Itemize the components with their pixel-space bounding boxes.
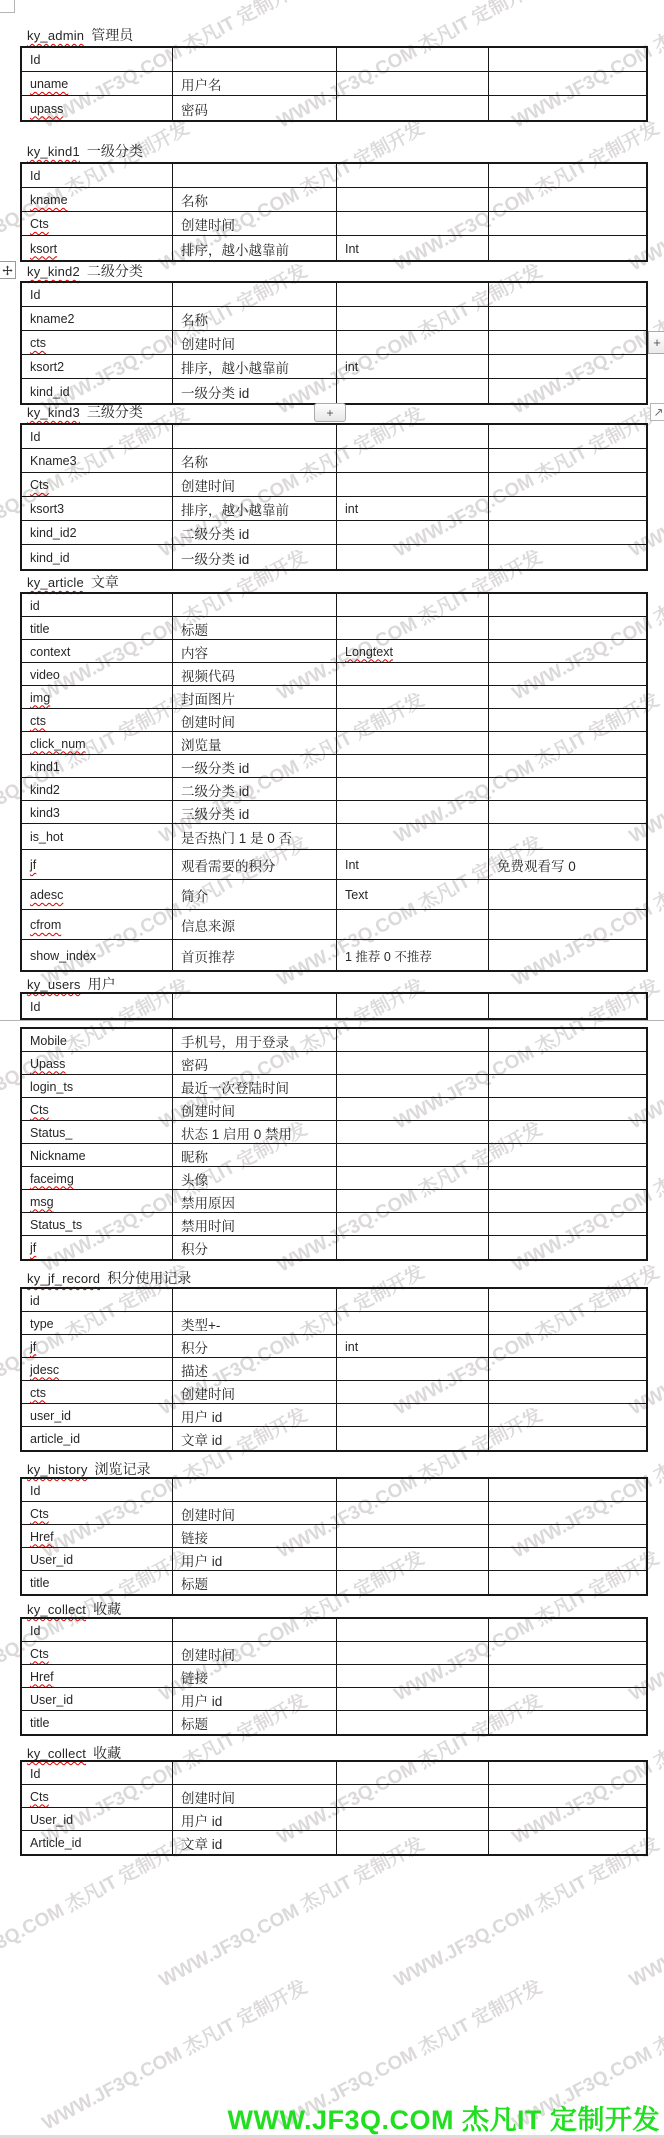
cell-note[interactable] [489, 1052, 646, 1074]
cell-desc[interactable]: 标题 [173, 1571, 337, 1594]
cell-note[interactable] [489, 686, 646, 708]
cell-field[interactable]: kind1 [22, 755, 173, 777]
cell-type[interactable] [337, 994, 489, 1018]
cell-type[interactable] [337, 1052, 489, 1074]
cell-type[interactable] [337, 473, 489, 496]
cell-type[interactable] [337, 449, 489, 472]
cell-field[interactable]: Cts [22, 1098, 173, 1120]
cell-type[interactable] [337, 1642, 489, 1664]
cell-field-text: title [30, 1576, 49, 1590]
table-code-label: ky_jf_record [27, 1271, 100, 1286]
table-row: Cts创建时间 [22, 1642, 646, 1665]
cell-field-text: Nickname [30, 1149, 86, 1163]
cell-type[interactable] [337, 1427, 489, 1450]
cell-desc[interactable]: 状态 1 启用 0 禁用 [173, 1121, 337, 1143]
cell-field-text: article_id [30, 1432, 80, 1446]
cell-field[interactable]: type [22, 1312, 173, 1334]
cell-field[interactable]: Id [22, 1479, 173, 1501]
cell-note[interactable] [489, 1335, 646, 1357]
cell-desc-text: 头像 [181, 1169, 208, 1189]
cell-field[interactable]: user_id [22, 1404, 173, 1426]
cell-note[interactable] [489, 521, 646, 544]
cell-desc[interactable]: 密码 [173, 96, 337, 120]
cell-type[interactable]: int [337, 497, 489, 520]
cell-desc[interactable]: 观看需要的积分 [173, 850, 337, 879]
cell-type[interactable] [337, 617, 489, 639]
cell-desc[interactable]: 创建时间 [173, 709, 337, 731]
cell-desc[interactable] [173, 1289, 337, 1311]
cell-desc[interactable]: 昵称 [173, 1144, 337, 1166]
cell-type[interactable] [337, 663, 489, 685]
cell-note[interactable] [489, 1098, 646, 1120]
table-title-ky_kind1: ky_kind1一级分类 [27, 141, 143, 161]
cell-note[interactable] [489, 545, 646, 569]
cell-desc[interactable]: 文章 id [173, 1427, 337, 1450]
cell-note[interactable] [489, 1502, 646, 1524]
cell-field[interactable]: kind_id [22, 379, 173, 403]
cell-note[interactable] [489, 236, 646, 260]
cell-desc[interactable] [173, 48, 337, 71]
cell-type[interactable] [337, 1619, 489, 1641]
cell-note[interactable] [489, 1688, 646, 1710]
cell-desc[interactable]: 手机号，用于登录 [173, 1029, 337, 1051]
cell-desc[interactable]: 名称 [173, 188, 337, 211]
cell-note[interactable] [489, 1525, 646, 1547]
cell-note[interactable] [489, 48, 646, 71]
cell-desc[interactable]: 标题 [173, 617, 337, 639]
cell-field[interactable]: Cts [22, 1642, 173, 1664]
cell-type[interactable] [337, 545, 489, 569]
cell-note[interactable] [489, 1167, 646, 1189]
cell-field[interactable]: uname [22, 72, 173, 95]
cell-type[interactable] [337, 778, 489, 800]
cell-field[interactable]: video [22, 663, 173, 685]
cell-type[interactable] [337, 1358, 489, 1380]
cell-desc[interactable]: 头像 [173, 1167, 337, 1189]
cell-field[interactable]: adesc [22, 880, 173, 909]
cell-type[interactable] [337, 307, 489, 330]
cell-desc[interactable]: 三级分类 id [173, 801, 337, 823]
cell-note[interactable] [489, 801, 646, 823]
cell-field[interactable]: context [22, 640, 173, 662]
cell-field[interactable]: Href [22, 1665, 173, 1687]
cell-type[interactable]: Text [337, 880, 489, 909]
cell-field[interactable]: Cts [22, 212, 173, 235]
cell-note[interactable] [489, 497, 646, 520]
cell-note[interactable] [489, 709, 646, 731]
cell-field[interactable]: kname2 [22, 307, 173, 330]
cell-field[interactable]: Id [22, 283, 173, 306]
cell-desc[interactable] [173, 283, 337, 306]
cell-note[interactable] [489, 188, 646, 211]
cell-field[interactable]: cts [22, 331, 173, 354]
cell-field[interactable]: Article_id [22, 1831, 173, 1854]
cell-type[interactable]: Int [337, 236, 489, 260]
cell-type[interactable] [337, 1808, 489, 1830]
cell-desc[interactable] [173, 1762, 337, 1784]
cell-field[interactable]: Href [22, 1525, 173, 1547]
cell-type[interactable] [337, 1167, 489, 1189]
cell-note[interactable] [489, 994, 646, 1018]
cell-field[interactable]: msg [22, 1190, 173, 1212]
cell-field[interactable]: id [22, 1289, 173, 1311]
cell-type[interactable] [337, 1213, 489, 1235]
cell-desc[interactable]: 用户 id [173, 1688, 337, 1710]
cell-type[interactable] [337, 755, 489, 777]
cell-desc[interactable]: 禁用时间 [173, 1213, 337, 1235]
cell-note[interactable] [489, 1785, 646, 1807]
cell-desc[interactable]: 一级分类 id [173, 755, 337, 777]
cell-type[interactable] [337, 709, 489, 731]
cell-note[interactable] [489, 1404, 646, 1426]
cell-note[interactable] [489, 331, 646, 354]
table-code-label: ky_collect [27, 1602, 86, 1617]
cell-desc[interactable] [173, 164, 337, 187]
cell-desc[interactable]: 二级分类 id [173, 521, 337, 544]
cell-desc[interactable]: 创建时间 [173, 212, 337, 235]
cell-note[interactable] [489, 1190, 646, 1212]
cell-type[interactable]: Int [337, 850, 489, 879]
cell-note[interactable] [489, 96, 646, 120]
cell-type[interactable] [337, 1029, 489, 1051]
cell-note[interactable] [489, 1808, 646, 1830]
cell-type[interactable]: int [337, 355, 489, 378]
cell-desc[interactable] [173, 994, 337, 1018]
cell-desc[interactable] [173, 1619, 337, 1641]
cell-desc[interactable]: 视频代码 [173, 663, 337, 685]
cell-field[interactable]: Id [22, 164, 173, 187]
cell-note[interactable] [489, 1665, 646, 1687]
cell-desc-text: 密码 [181, 99, 208, 119]
cell-type[interactable] [337, 1502, 489, 1524]
cell-note[interactable] [489, 449, 646, 472]
table-ky_users-continued: Mobile手机号，用于登录Upass密码login_ts最近一次登陆时间Cts… [20, 1027, 648, 1261]
cell-field[interactable]: Id [22, 1619, 173, 1641]
cell-desc[interactable]: 最近一次登陆时间 [173, 1075, 337, 1097]
cell-type[interactable] [337, 96, 489, 120]
cell-field[interactable]: cfrom [22, 910, 173, 939]
cell-desc[interactable]: 创建时间 [173, 1381, 337, 1403]
cell-note[interactable] [489, 824, 646, 849]
cell-desc[interactable]: 禁用原因 [173, 1190, 337, 1212]
cell-note[interactable] [489, 1762, 646, 1784]
cell-desc[interactable] [173, 594, 337, 616]
cell-desc[interactable]: 排序，越小越靠前 [173, 497, 337, 520]
cell-note[interactable] [489, 379, 646, 403]
cell-field[interactable]: kname [22, 188, 173, 211]
cell-field[interactable]: ksort3 [22, 497, 173, 520]
cell-note[interactable] [489, 880, 646, 909]
cell-field[interactable]: upass [22, 96, 173, 120]
cell-desc[interactable]: 首页推荐 [173, 940, 337, 970]
cell-type[interactable] [337, 1121, 489, 1143]
cell-type[interactable] [337, 1236, 489, 1259]
cell-type[interactable]: int [337, 1335, 489, 1357]
cell-desc[interactable]: 是否热门 1 是 0 否 [173, 824, 337, 849]
cell-note[interactable] [489, 778, 646, 800]
cell-type[interactable] [337, 594, 489, 616]
cell-field[interactable]: img [22, 686, 173, 708]
cell-desc[interactable]: 类型+- [173, 1312, 337, 1334]
cell-type[interactable] [337, 1548, 489, 1570]
cell-type[interactable] [337, 1711, 489, 1734]
cell-note[interactable] [489, 1289, 646, 1311]
cell-field[interactable]: login_ts [22, 1075, 173, 1097]
cell-field[interactable]: title [22, 617, 173, 639]
cell-desc-text: 首页推荐 [181, 946, 235, 966]
cell-note[interactable] [489, 72, 646, 95]
cell-note[interactable] [489, 1236, 646, 1259]
cell-type[interactable] [337, 1762, 489, 1784]
cell-field[interactable]: cts [22, 709, 173, 731]
cell-note[interactable] [489, 1831, 646, 1854]
table-resize-handle-icon[interactable] [650, 403, 664, 421]
cell-field[interactable]: kind_id [22, 545, 173, 569]
table-row: ksort2排序，越小越靠前int [22, 355, 646, 379]
cell-note[interactable] [489, 640, 646, 662]
cell-note[interactable] [489, 1619, 646, 1641]
cell-field[interactable]: click_num [22, 732, 173, 754]
cell-note[interactable] [489, 355, 646, 378]
cell-type[interactable] [337, 331, 489, 354]
cell-field[interactable]: Kname3 [22, 449, 173, 472]
cell-note[interactable] [489, 755, 646, 777]
cell-field[interactable]: Cts [22, 1785, 173, 1807]
cell-note[interactable] [489, 663, 646, 685]
cell-type[interactable] [337, 212, 489, 235]
table-row: kname2名称 [22, 307, 646, 331]
cell-type[interactable] [337, 521, 489, 544]
cell-note[interactable] [489, 473, 646, 496]
cell-note[interactable] [489, 1213, 646, 1235]
cell-field[interactable]: Status_ts [22, 1213, 173, 1235]
cell-desc[interactable]: 创建时间 [173, 1642, 337, 1664]
cell-note[interactable] [489, 307, 646, 330]
cell-type[interactable] [337, 425, 489, 448]
table-title-ky_kind3: ky_kind3三级分类 [27, 402, 143, 422]
right-edge-plus-button[interactable]: + [648, 331, 664, 354]
cell-field[interactable]: title [22, 1571, 173, 1594]
cell-field[interactable]: Nickname [22, 1144, 173, 1166]
cell-field[interactable]: jf [22, 850, 173, 879]
cell-field[interactable]: User_id [22, 1808, 173, 1830]
cell-note[interactable] [489, 1312, 646, 1334]
cell-desc[interactable]: 一级分类 id [173, 545, 337, 569]
cell-desc[interactable]: 简介 [173, 880, 337, 909]
cell-desc[interactable]: 排序，越小越靠前 [173, 236, 337, 260]
cell-note[interactable] [489, 1427, 646, 1450]
cell-field[interactable]: Cts [22, 473, 173, 496]
table-code-label: ky_kind3 [27, 405, 80, 420]
cell-field[interactable]: jf [22, 1335, 173, 1357]
cell-type[interactable]: 1 推荐 0 不推荐 [337, 940, 489, 970]
cell-field-text: kind2 [30, 783, 60, 797]
cell-field[interactable]: ksort2 [22, 355, 173, 378]
cell-field[interactable]: Status_ [22, 1121, 173, 1143]
cell-type[interactable] [337, 1665, 489, 1687]
cell-desc[interactable]: 二级分类 id [173, 778, 337, 800]
cell-desc[interactable]: 链接 [173, 1665, 337, 1687]
cell-type[interactable] [337, 910, 489, 939]
cell-type[interactable] [337, 686, 489, 708]
cell-type-text: Longtext [345, 645, 393, 659]
cell-desc[interactable]: 封面图片 [173, 686, 337, 708]
cell-type[interactable] [337, 801, 489, 823]
cell-type[interactable] [337, 1289, 489, 1311]
cell-note[interactable] [489, 1075, 646, 1097]
cell-type[interactable] [337, 1075, 489, 1097]
cell-field[interactable]: is_hot [22, 824, 173, 849]
cell-field[interactable]: ksort [22, 236, 173, 260]
cell-desc[interactable]: 创建时间 [173, 473, 337, 496]
cell-note[interactable] [489, 1548, 646, 1570]
cell-field[interactable]: jf [22, 1236, 173, 1259]
cell-desc[interactable]: 文章 id [173, 1831, 337, 1854]
cell-note[interactable] [489, 1381, 646, 1403]
insert-row-plus-button[interactable]: + [314, 403, 346, 422]
cell-type[interactable] [337, 1144, 489, 1166]
cell-desc[interactable]: 创建时间 [173, 1502, 337, 1524]
table-row: Id [22, 1619, 646, 1642]
table-row: kind2二级分类 id [22, 778, 646, 801]
cell-note[interactable] [489, 1144, 646, 1166]
cell-field[interactable]: kind2 [22, 778, 173, 800]
cell-desc[interactable]: 排序，越小越靠前 [173, 355, 337, 378]
cell-field[interactable]: title [22, 1711, 173, 1734]
cell-field[interactable]: kind_id2 [22, 521, 173, 544]
cell-desc[interactable]: 积分 [173, 1236, 337, 1259]
cell-note[interactable] [489, 1479, 646, 1501]
cell-field[interactable]: User_id [22, 1688, 173, 1710]
cell-type[interactable] [337, 1098, 489, 1120]
cell-note[interactable] [489, 1358, 646, 1380]
cell-desc[interactable]: 用户 id [173, 1404, 337, 1426]
cell-note[interactable]: 免费观看写 0 [489, 850, 646, 879]
table-row: img封面图片 [22, 686, 646, 709]
cell-note[interactable] [489, 1571, 646, 1594]
cell-note[interactable] [489, 594, 646, 616]
cell-type[interactable] [337, 188, 489, 211]
cell-desc[interactable]: 名称 [173, 449, 337, 472]
cell-field[interactable]: show_index [22, 940, 173, 970]
cell-type[interactable] [337, 164, 489, 187]
cell-type[interactable]: Longtext [337, 640, 489, 662]
cell-field[interactable]: Id [22, 48, 173, 71]
cell-note[interactable] [489, 1029, 646, 1051]
cell-field-text: cts [30, 336, 46, 350]
cell-field-text: Cts [30, 1103, 49, 1117]
cell-field[interactable]: User_id [22, 1548, 173, 1570]
table-move-handle-icon[interactable] [0, 261, 16, 279]
cell-note[interactable] [489, 1711, 646, 1734]
cell-field[interactable]: Cts [22, 1502, 173, 1524]
cell-desc[interactable]: 用户 id [173, 1548, 337, 1570]
cell-type[interactable] [337, 48, 489, 71]
cell-note[interactable] [489, 212, 646, 235]
cell-desc[interactable]: 标题 [173, 1711, 337, 1734]
footer-watermark: WWW.JF3Q.COM 杰凡IT 定制开发 [228, 2098, 660, 2137]
cell-type[interactable] [337, 1312, 489, 1334]
cell-desc[interactable]: 名称 [173, 307, 337, 330]
cell-note[interactable] [489, 940, 646, 970]
cell-note[interactable] [489, 425, 646, 448]
cell-note[interactable] [489, 1121, 646, 1143]
table-row: ksort3排序，越小越靠前int [22, 497, 646, 521]
cell-field[interactable]: Id [22, 425, 173, 448]
cell-type[interactable] [337, 1190, 489, 1212]
cell-field[interactable]: cts [22, 1381, 173, 1403]
cell-desc[interactable]: 创建时间 [173, 1785, 337, 1807]
cell-field[interactable]: jdesc [22, 1358, 173, 1380]
cell-field[interactable]: kind3 [22, 801, 173, 823]
cell-desc[interactable]: 创建时间 [173, 331, 337, 354]
cell-type[interactable] [337, 732, 489, 754]
cell-desc[interactable]: 描述 [173, 1358, 337, 1380]
cell-type[interactable] [337, 283, 489, 306]
cell-type[interactable] [337, 1404, 489, 1426]
cell-type[interactable] [337, 1688, 489, 1710]
cell-note[interactable] [489, 732, 646, 754]
cell-field[interactable]: Id [22, 994, 173, 1018]
cell-note[interactable] [489, 617, 646, 639]
table-title-ky_admin: ky_admin管理员 [27, 25, 133, 45]
cell-desc[interactable]: 密码 [173, 1052, 337, 1074]
cell-type[interactable] [337, 1571, 489, 1594]
cell-desc[interactable] [173, 1479, 337, 1501]
table-row: Status_状态 1 启用 0 禁用 [22, 1121, 646, 1144]
cell-desc[interactable]: 一级分类 id [173, 379, 337, 403]
cell-desc[interactable] [173, 425, 337, 448]
cell-field[interactable]: article_id [22, 1427, 173, 1450]
cell-field[interactable]: faceimg [22, 1167, 173, 1189]
cell-note[interactable] [489, 164, 646, 187]
cell-desc[interactable]: 创建时间 [173, 1098, 337, 1120]
cell-desc-text: 文章 id [181, 1429, 222, 1449]
cell-note[interactable] [489, 1642, 646, 1664]
cell-type[interactable] [337, 72, 489, 95]
cell-field[interactable]: id [22, 594, 173, 616]
cell-note[interactable] [489, 283, 646, 306]
cell-desc[interactable]: 用户 id [173, 1808, 337, 1830]
cell-desc[interactable]: 浏览量 [173, 732, 337, 754]
cell-desc[interactable]: 用户名 [173, 72, 337, 95]
cell-type[interactable] [337, 1381, 489, 1403]
cell-desc-text: 用户名 [181, 74, 222, 94]
cell-desc[interactable]: 积分 [173, 1335, 337, 1357]
table-name-cn-label: 收藏 [93, 1745, 121, 1761]
cell-field[interactable]: Upass [22, 1052, 173, 1074]
table-row: title标题 [22, 617, 646, 640]
cell-type[interactable] [337, 824, 489, 849]
cell-field-text: kind_id [30, 551, 70, 565]
cell-desc-text: 标题 [181, 619, 208, 639]
table-ky_kind1: Idkname名称Cts创建时间ksort排序，越小越靠前Int [20, 162, 648, 262]
cell-desc[interactable]: 信息来源 [173, 910, 337, 939]
cell-desc[interactable]: 链接 [173, 1525, 337, 1547]
table-title-ky_users: ky_users用户 [27, 974, 116, 994]
cell-type[interactable] [337, 1785, 489, 1807]
cell-field[interactable]: Id [22, 1762, 173, 1784]
cell-type[interactable] [337, 1831, 489, 1854]
table-row: Href链接 [22, 1525, 646, 1548]
cell-type[interactable] [337, 1525, 489, 1547]
table-row: Cts创建时间 [22, 1502, 646, 1525]
cell-type[interactable] [337, 1479, 489, 1501]
cell-desc[interactable]: 内容 [173, 640, 337, 662]
cell-note[interactable] [489, 910, 646, 939]
cell-type[interactable] [337, 379, 489, 403]
cell-field[interactable]: Mobile [22, 1029, 173, 1051]
